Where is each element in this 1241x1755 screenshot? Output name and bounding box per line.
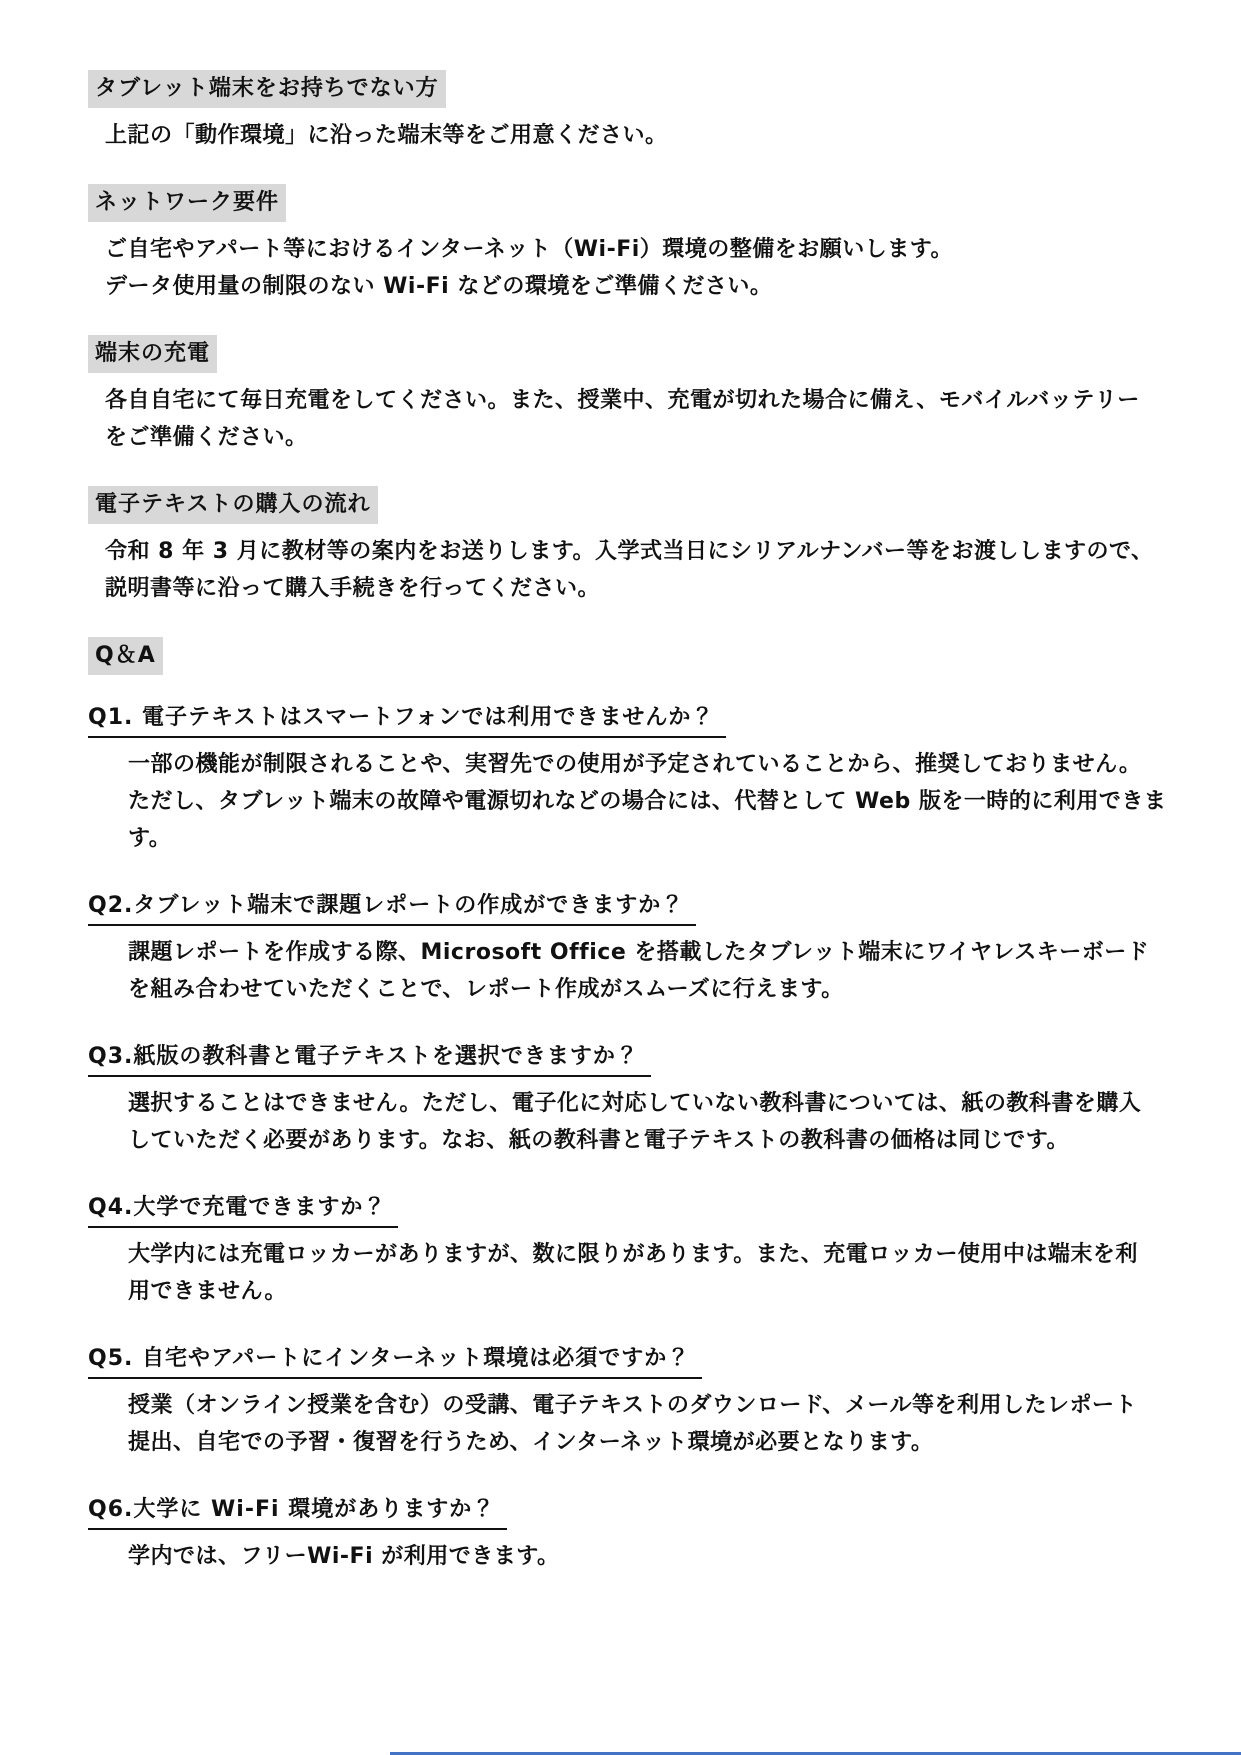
text-line: していただく必要があります。なお、紙の教科書と電子テキストの教科書の価格は同じで… (128, 1122, 1171, 1159)
qa-question: Q4.大学で充電できますか？ (88, 1195, 398, 1228)
section-heading: 端末の充電 (88, 335, 217, 373)
text-line: 課題レポートを作成する際、Microsoft Office を搭載したタブレット… (128, 934, 1171, 971)
info-sections: タブレット端末をお持ちでない方 上記の「動作環境」に沿った端末等をご用意ください… (88, 70, 1171, 675)
section-body: 各自自宅にて毎日充電をしてください。また、授業中、充電が切れた場合に備え、モバイ… (105, 382, 1171, 456)
text-line: す。 (128, 820, 1171, 857)
section-body: ご自宅やアパート等におけるインターネット（Wi-Fi）環境の整備をお願いします。… (105, 231, 1171, 305)
text-line: 学内では、フリーWi-Fi が利用できます。 (128, 1538, 1171, 1575)
qa-item: Q2.タブレット端末で課題レポートの作成ができますか？ 課題レポートを作成する際… (88, 893, 1171, 1008)
section-body: 令和 8 年 3 月に教材等の案内をお送りします。入学式当日にシリアルナンバー等… (105, 533, 1171, 607)
text-line: ご自宅やアパート等におけるインターネット（Wi-Fi）環境の整備をお願いします。 (105, 231, 1171, 268)
section-heading: ネットワーク要件 (88, 184, 286, 222)
text-line: を組み合わせていただくことで、レポート作成がスムーズに行えます。 (128, 971, 1171, 1008)
text-line: ただし、タブレット端末の故障や電源切れなどの場合には、代替として Web 版を一… (128, 783, 1171, 820)
qa-item: Q6.大学に Wi-Fi 環境がありますか？ 学内では、フリーWi-Fi が利用… (88, 1497, 1171, 1575)
qa-item: Q5. 自宅やアパートにインターネット環境は必須ですか？ 授業（オンライン授業を… (88, 1346, 1171, 1461)
text-line: 上記の「動作環境」に沿った端末等をご用意ください。 (105, 117, 1171, 154)
info-section: 端末の充電 各自自宅にて毎日充電をしてください。また、授業中、充電が切れた場合に… (88, 335, 1171, 456)
qa-question: Q6.大学に Wi-Fi 環境がありますか？ (88, 1497, 507, 1530)
section-heading: Q＆A (88, 637, 163, 675)
text-line: 提出、自宅での予習・復習を行うため、インターネット環境が必要となります。 (128, 1424, 1171, 1461)
text-line: 一部の機能が制限されることや、実習先での使用が予定されていることから、推奨してお… (128, 746, 1171, 783)
info-section: ネットワーク要件 ご自宅やアパート等におけるインターネット（Wi-Fi）環境の整… (88, 184, 1171, 305)
qa-answer: 一部の機能が制限されることや、実習先での使用が予定されていることから、推奨してお… (128, 746, 1171, 857)
qa-question: Q2.タブレット端末で課題レポートの作成ができますか？ (88, 893, 696, 926)
text-line: 説明書等に沿って購入手続きを行ってください。 (105, 570, 1171, 607)
section-heading: タブレット端末をお持ちでない方 (88, 70, 446, 108)
section-heading: 電子テキストの購入の流れ (88, 486, 378, 524)
qa-question: Q1. 電子テキストはスマートフォンでは利用できませんか？ (88, 705, 726, 738)
qa-item: Q3.紙版の教科書と電子テキストを選択できますか？ 選択することはできません。た… (88, 1044, 1171, 1159)
qa-answer: 学内では、フリーWi-Fi が利用できます。 (128, 1538, 1171, 1575)
info-section: Q＆A (88, 637, 1171, 675)
qa-list: Q1. 電子テキストはスマートフォンでは利用できませんか？ 一部の機能が制限され… (88, 705, 1171, 1575)
text-line: 各自自宅にて毎日充電をしてください。また、授業中、充電が切れた場合に備え、モバイ… (105, 382, 1171, 419)
text-line: 選択することはできません。ただし、電子化に対応していない教科書については、紙の教… (128, 1085, 1171, 1122)
qa-question: Q5. 自宅やアパートにインターネット環境は必須ですか？ (88, 1346, 702, 1379)
text-line: データ使用量の制限のない Wi-Fi などの環境をご準備ください。 (105, 268, 1171, 305)
qa-answer: 課題レポートを作成する際、Microsoft Office を搭載したタブレット… (128, 934, 1171, 1008)
section-body: 上記の「動作環境」に沿った端末等をご用意ください。 (105, 117, 1171, 154)
qa-answer: 選択することはできません。ただし、電子化に対応していない教科書については、紙の教… (128, 1085, 1171, 1159)
text-line: 授業（オンライン授業を含む）の受講、電子テキストのダウンロード、メール等を利用し… (128, 1387, 1171, 1424)
qa-item: Q1. 電子テキストはスマートフォンでは利用できませんか？ 一部の機能が制限され… (88, 705, 1171, 857)
text-line: 大学内には充電ロッカーがありますが、数に限りがあります。また、充電ロッカー使用中… (128, 1236, 1171, 1273)
text-line: 用できません。 (128, 1273, 1171, 1310)
qa-answer: 授業（オンライン授業を含む）の受講、電子テキストのダウンロード、メール等を利用し… (128, 1387, 1171, 1461)
qa-answer: 大学内には充電ロッカーがありますが、数に限りがあります。また、充電ロッカー使用中… (128, 1236, 1171, 1310)
document-page: タブレット端末をお持ちでない方 上記の「動作環境」に沿った端末等をご用意ください… (0, 0, 1241, 1755)
text-line: をご準備ください。 (105, 419, 1171, 456)
text-line: 令和 8 年 3 月に教材等の案内をお送りします。入学式当日にシリアルナンバー等… (105, 533, 1171, 570)
info-section: タブレット端末をお持ちでない方 上記の「動作環境」に沿った端末等をご用意ください… (88, 70, 1171, 154)
info-section: 電子テキストの購入の流れ 令和 8 年 3 月に教材等の案内をお送りします。入学… (88, 486, 1171, 607)
qa-item: Q4.大学で充電できますか？ 大学内には充電ロッカーがありますが、数に限りがあり… (88, 1195, 1171, 1310)
qa-question: Q3.紙版の教科書と電子テキストを選択できますか？ (88, 1044, 651, 1077)
